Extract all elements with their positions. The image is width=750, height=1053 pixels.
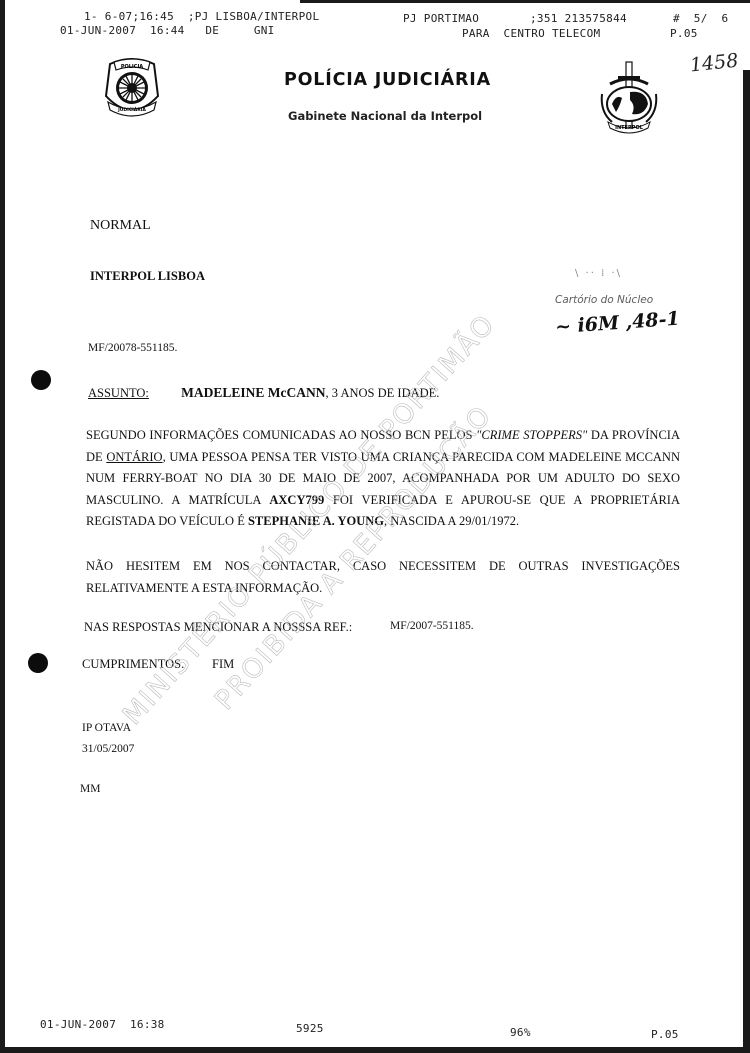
policia-judiciaria-crest-icon: POLICIA JUDICIÁRIA — [100, 56, 164, 120]
paragraph-line: RELATIVAMENTE A ESTA INFORMAÇÃO. — [86, 578, 680, 600]
subject-label: ASSUNTO: — [88, 386, 149, 400]
fax-header-page-count: # 5/ 6 — [673, 12, 728, 25]
fax-footer-page: P.05 — [651, 1028, 679, 1041]
fax-header-line2-left: 01-JUN-2007 16:44 DE GNI — [60, 24, 275, 37]
stamp-office: Cartório do Núcleo — [555, 294, 653, 306]
subject-name: MADELEINE McCANN — [181, 385, 325, 400]
paragraph-line: NUM FERRY-BOAT NO DIA 30 DE MAIO DE 2007… — [86, 468, 680, 490]
punch-hole-bottom — [28, 653, 48, 673]
document-date: 31/05/2007 — [82, 743, 134, 755]
scan-edge-top — [300, 0, 750, 3]
reply-reference-value: MF/2007-551185. — [390, 620, 474, 632]
fax-header-page: P.05 — [670, 27, 698, 40]
sender: IP OTAVA — [82, 722, 131, 734]
punch-hole-top — [31, 370, 51, 390]
paragraph-line: NÃO HESITEM EM NOS CONTACTAR, CASO NECES… — [86, 556, 680, 578]
initials: MM — [80, 783, 100, 795]
scan-edge-right — [743, 70, 750, 1053]
fax-header-line1-left: 1- 6-07;16:45 ;PJ LISBOA/INTERPOL — [84, 10, 319, 23]
fax-header-recipient: PARA CENTRO TELECOM — [462, 27, 600, 40]
letterhead-subtitle: Gabinete Nacional da Interpol — [288, 109, 482, 123]
subject-line: ASSUNTO: MADELEINE McCANN, 3 ANOS DE IDA… — [88, 385, 439, 401]
handwritten-page-number: 1458 — [689, 50, 739, 77]
svg-text:JUDICIÁRIA: JUDICIÁRIA — [117, 106, 146, 113]
scan-edge-bottom — [0, 1047, 750, 1053]
interpol-emblem-icon: INTERPOL — [598, 60, 660, 140]
reference-number: MF/20078-551185. — [88, 342, 177, 354]
svg-text:INTERPOL: INTERPOL — [615, 125, 644, 131]
underlined-text: ONTÁRIO — [106, 450, 162, 464]
stamp-line-1: \ ·· ⁞ ·\ — [575, 268, 622, 279]
scan-edge-left — [0, 0, 5, 1053]
fax-header-sender: PJ PORTIMAO — [403, 12, 479, 25]
stamp-handwritten-number: ~ i6M ,48-1 — [554, 308, 680, 339]
svg-text:POLICIA: POLICIA — [121, 64, 143, 70]
fax-footer-datetime: 01-JUN-2007 16:38 — [40, 1018, 165, 1031]
fax-footer-quality: 96% — [510, 1026, 531, 1039]
italic-text: "CRIME STOPPERS" — [476, 428, 587, 442]
letterhead-title: POLÍCIA JUDICIÁRIA — [284, 70, 491, 90]
priority: NORMAL — [90, 218, 151, 234]
fax-header-phone: ;351 213575844 — [530, 12, 627, 25]
body-paragraph-2: NÃO HESITEM EM NOS CONTACTAR, CASO NECES… — [86, 556, 680, 599]
recipient: INTERPOL LISBOA — [90, 269, 205, 284]
fax-footer-id: 5925 — [296, 1022, 324, 1035]
